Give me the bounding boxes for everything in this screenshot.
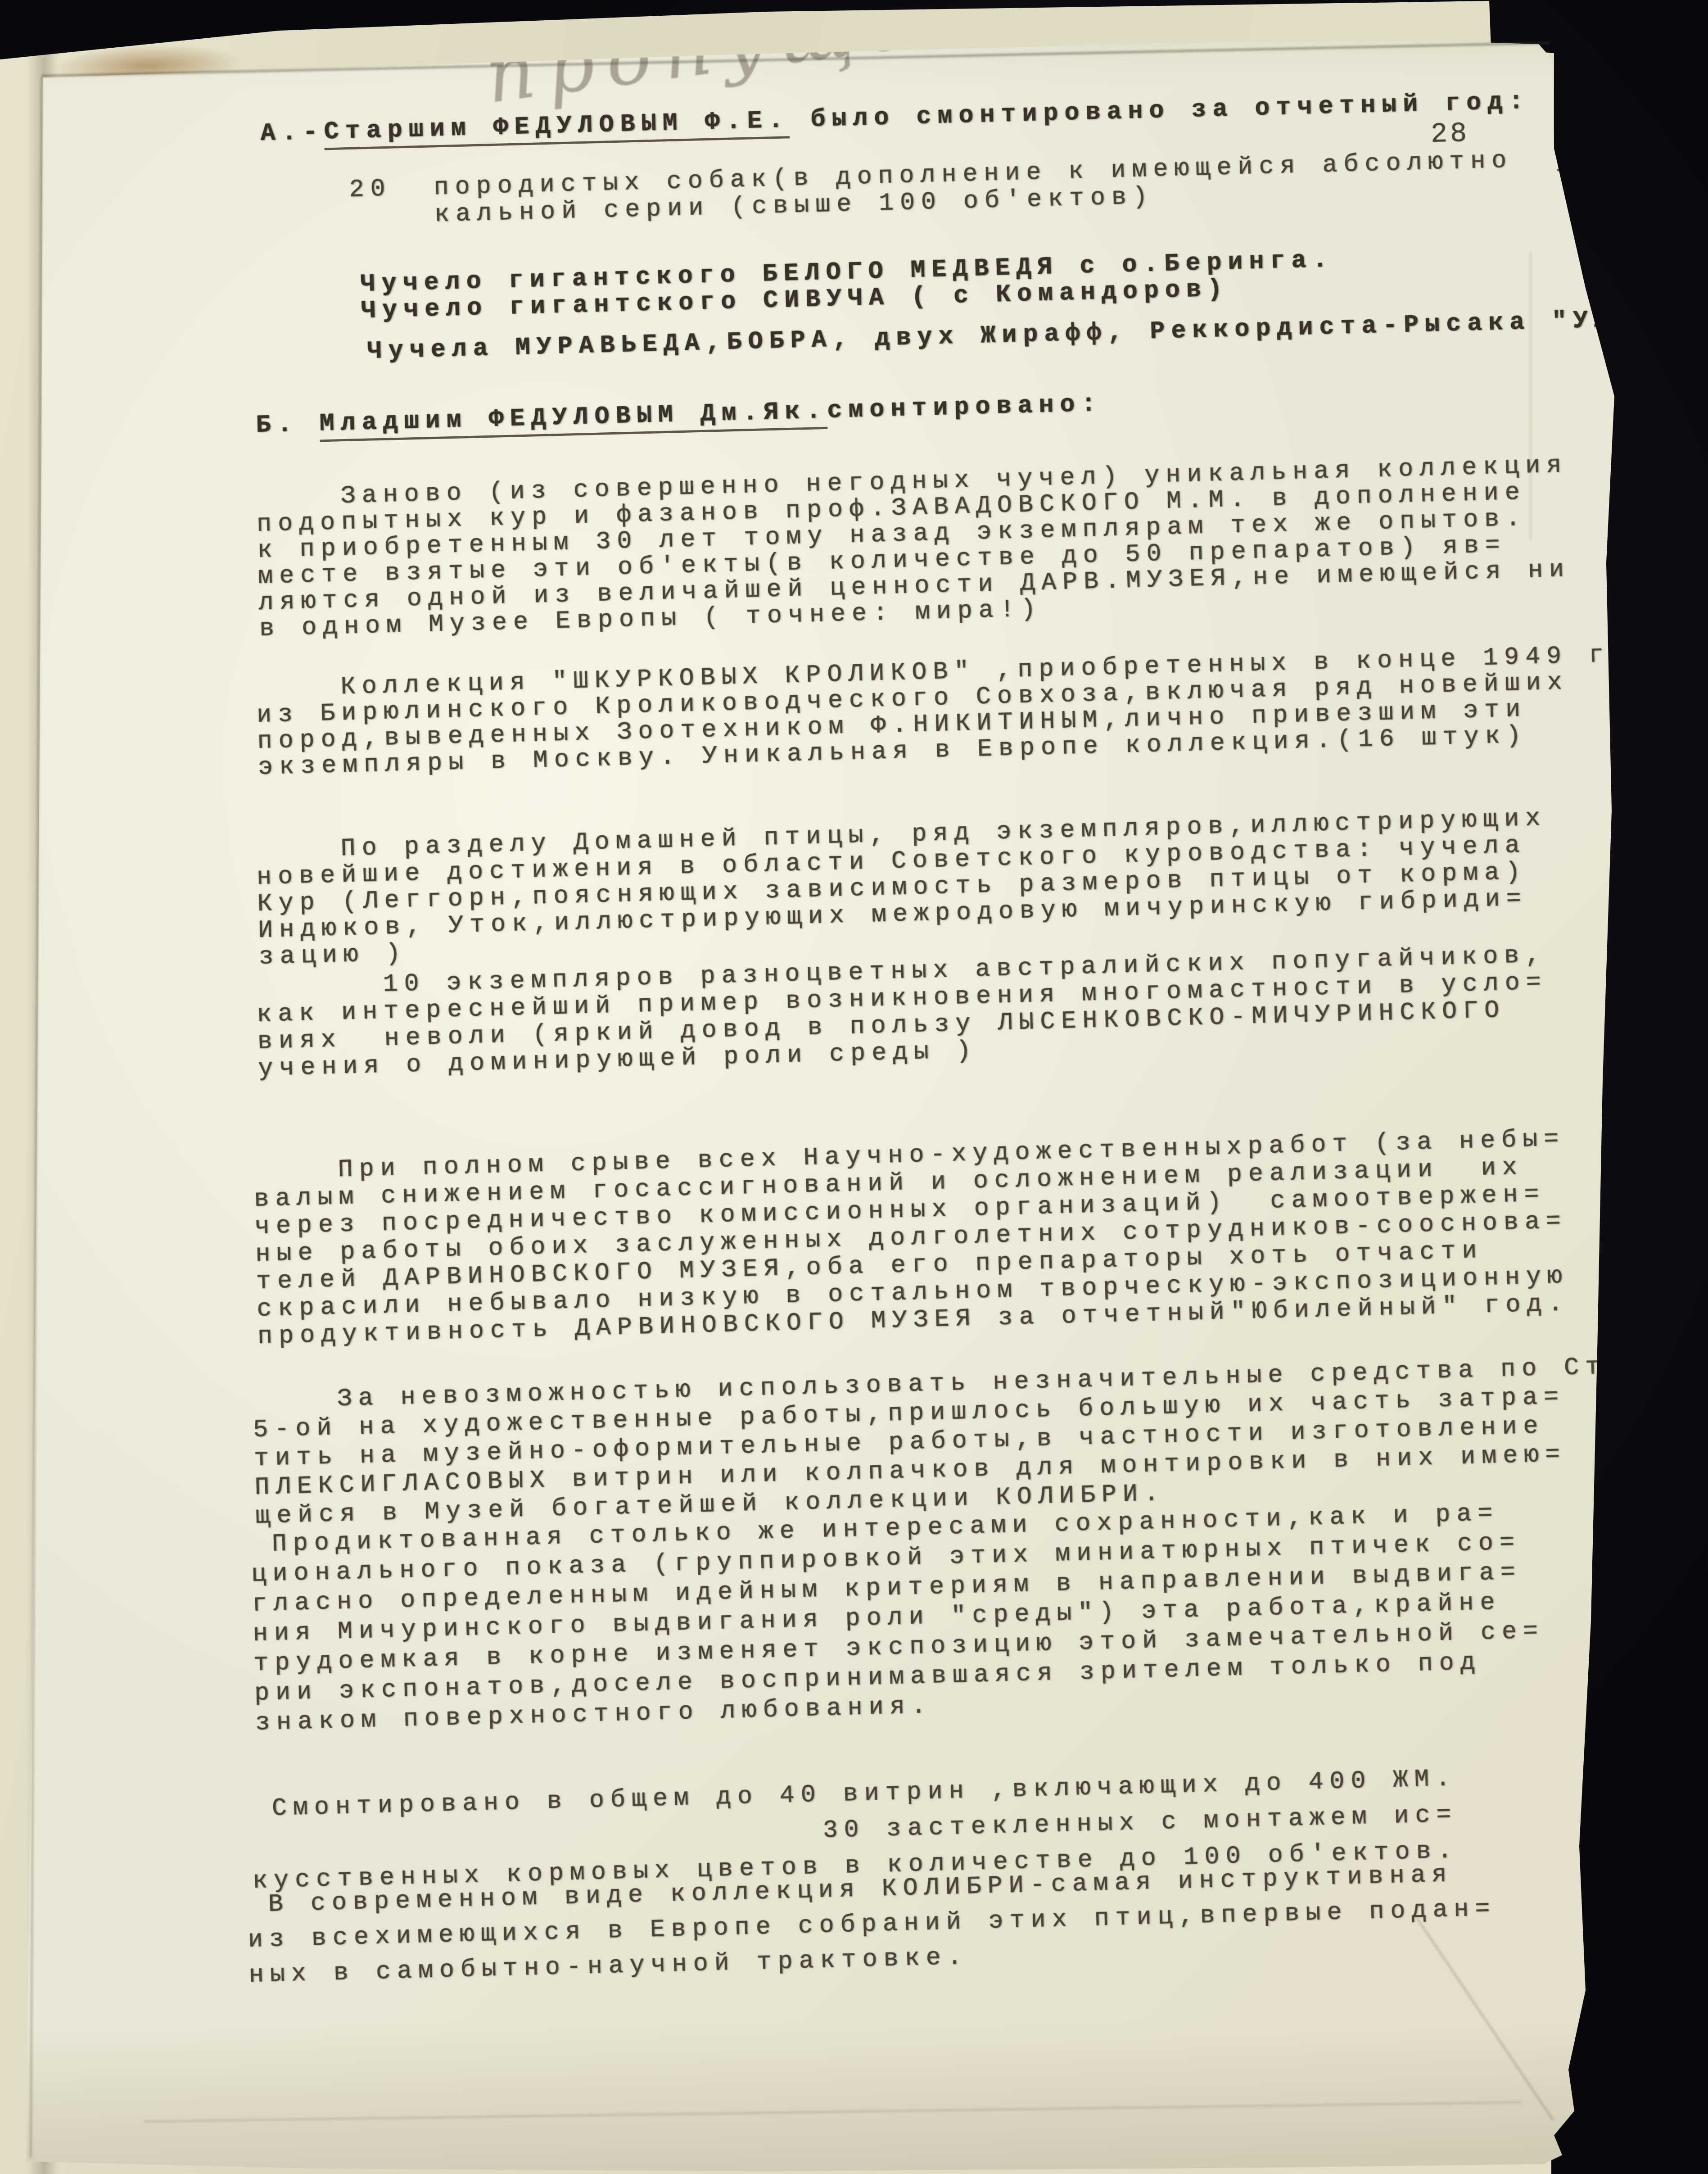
- section-a-heading: А.-Старшим ФЕДУЛОВЫМ Ф.Е. было смонтиров…: [260, 89, 1530, 147]
- section-b-underlined: Младшим ФЕДУЛОВЫМ Дм.Як.: [319, 397, 828, 442]
- page-number: 28: [1430, 118, 1470, 150]
- paragraph-bear-sealion: Чучело гигантского БЕЛОГО МЕДВЕДЯ с о.Бе…: [360, 246, 1335, 324]
- archive-photo: пропущена 28 А.-Старшим ФЕДУЛОВЫМ Ф.Е. б…: [0, 0, 1708, 2174]
- section-a-prefix: А.-: [260, 118, 325, 148]
- section-b-rest: смонтировано:: [827, 390, 1103, 425]
- paragraph-rabbit-collection: Коллекция "ШКУРКОВЫХ КРОЛИКОВ" ,приобрет…: [256, 642, 1633, 781]
- section-a-underlined: Старшим ФЕДУЛОВЫМ Ф.Е.: [324, 106, 790, 150]
- section-b-prefix: Б.: [256, 409, 320, 439]
- section-a-rest: было смонтировано за отчетный год:: [789, 87, 1530, 135]
- paper-crease: [144, 2102, 1522, 2123]
- section-b-heading: Б. Младшим ФЕДУЛОВЫМ Дм.Як.смонтировано:: [256, 391, 1103, 439]
- paragraph-dogs: 20 породистых собак(в дополнение к имеющ…: [349, 144, 1640, 231]
- paper-crease: [1530, 252, 1532, 540]
- paragraph-display-rework: Продиктованная столько же интересами сох…: [250, 1497, 1546, 1738]
- paragraph-work-disruption: При полном срыве всех Научно-художествен…: [253, 1125, 1569, 1350]
- paragraph-chicken-collection: Заново (из совершенно негодных чучел) ун…: [256, 452, 1571, 642]
- typewritten-page: пропущена 28 А.-Старшим ФЕДУЛОВЫМ Ф.Е. б…: [0, 0, 1708, 2174]
